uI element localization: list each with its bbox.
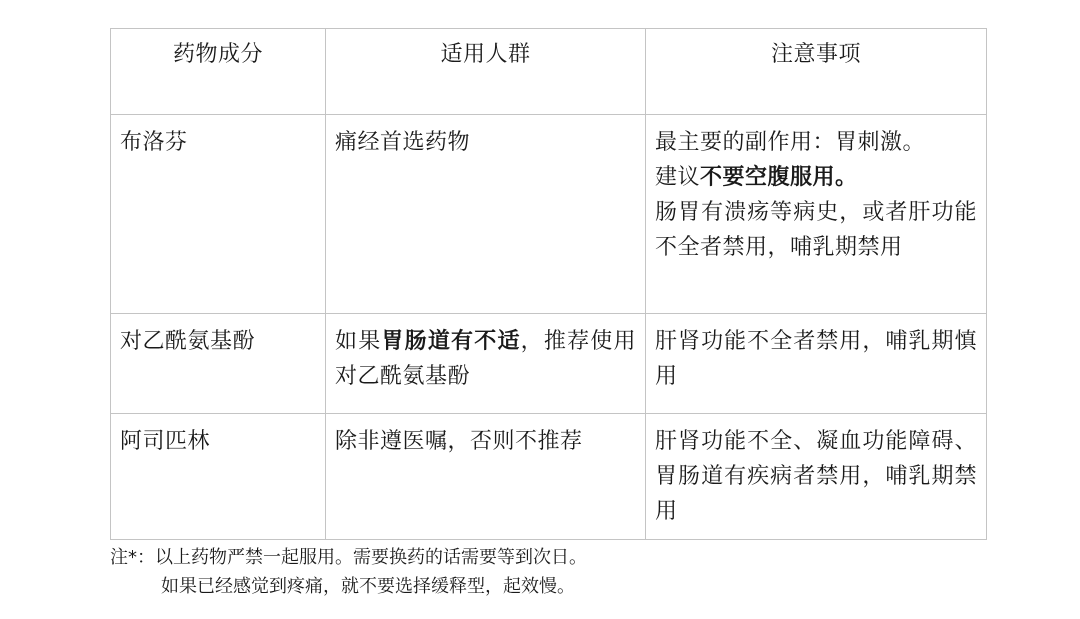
cell-drug-name: 对乙酰氨基酚 xyxy=(111,314,326,414)
medication-table: 药物成分 适用人群 注意事项 布洛芬 痛经首选药物 最主要的副作用：胃刺激。 建… xyxy=(110,28,987,540)
population-emphasis: 胃肠道有不适 xyxy=(381,329,520,354)
table-row: 布洛芬 痛经首选药物 最主要的副作用：胃刺激。 建议不要空腹服用。 肠胃有溃疡等… xyxy=(111,115,987,314)
precaution-emphasis: 不要空腹服用。 xyxy=(700,165,858,190)
precaution-line: 最主要的副作用：胃刺激。 xyxy=(655,125,977,160)
cell-precautions: 肝肾功能不全者禁用，哺乳期慎用 xyxy=(646,314,987,414)
cell-population: 痛经首选药物 xyxy=(326,115,646,314)
precaution-line: 肠胃有溃疡等病史，或者肝功能不全者禁用，哺乳期禁用 xyxy=(655,195,977,265)
cell-drug-name: 阿司匹林 xyxy=(111,414,326,540)
table-row: 阿司匹林 除非遵医嘱，否则不推荐 肝肾功能不全、凝血功能障碍、胃肠道有疾病者禁用… xyxy=(111,414,987,540)
cell-population: 如果胃肠道有不适，推荐使用对乙酰氨基酚 xyxy=(326,314,646,414)
precaution-text: 建议 xyxy=(655,165,700,190)
table-row: 对乙酰氨基酚 如果胃肠道有不适，推荐使用对乙酰氨基酚 肝肾功能不全者禁用，哺乳期… xyxy=(111,314,987,414)
footnote: 注*：以上药物严禁一起服用。需要换药的话需要等到次日。 如果已经感觉到疼痛，就不… xyxy=(110,543,587,601)
medication-table-container: 药物成分 适用人群 注意事项 布洛芬 痛经首选药物 最主要的副作用：胃刺激。 建… xyxy=(110,28,987,540)
footnote-label: 注*： xyxy=(110,547,155,568)
cell-drug-name: 布洛芬 xyxy=(111,115,326,314)
footnote-text: 以上药物严禁一起服用。需要换药的话需要等到次日。 xyxy=(155,547,587,568)
precaution-line: 建议不要空腹服用。 xyxy=(655,160,977,195)
header-drug-ingredient: 药物成分 xyxy=(111,29,326,115)
cell-precautions: 肝肾功能不全、凝血功能障碍、胃肠道有疾病者禁用，哺乳期禁用 xyxy=(646,414,987,540)
cell-precautions: 最主要的副作用：胃刺激。 建议不要空腹服用。 肠胃有溃疡等病史，或者肝功能不全者… xyxy=(646,115,987,314)
footnote-line: 如果已经感觉到疼痛，就不要选择缓释型，起效慢。 xyxy=(110,572,587,601)
header-target-population: 适用人群 xyxy=(326,29,646,115)
footnote-line: 注*：以上药物严禁一起服用。需要换药的话需要等到次日。 xyxy=(110,543,587,572)
cell-population: 除非遵医嘱，否则不推荐 xyxy=(326,414,646,540)
population-text: 如果 xyxy=(335,329,381,354)
header-precautions: 注意事项 xyxy=(646,29,987,115)
table-header-row: 药物成分 适用人群 注意事项 xyxy=(111,29,987,115)
